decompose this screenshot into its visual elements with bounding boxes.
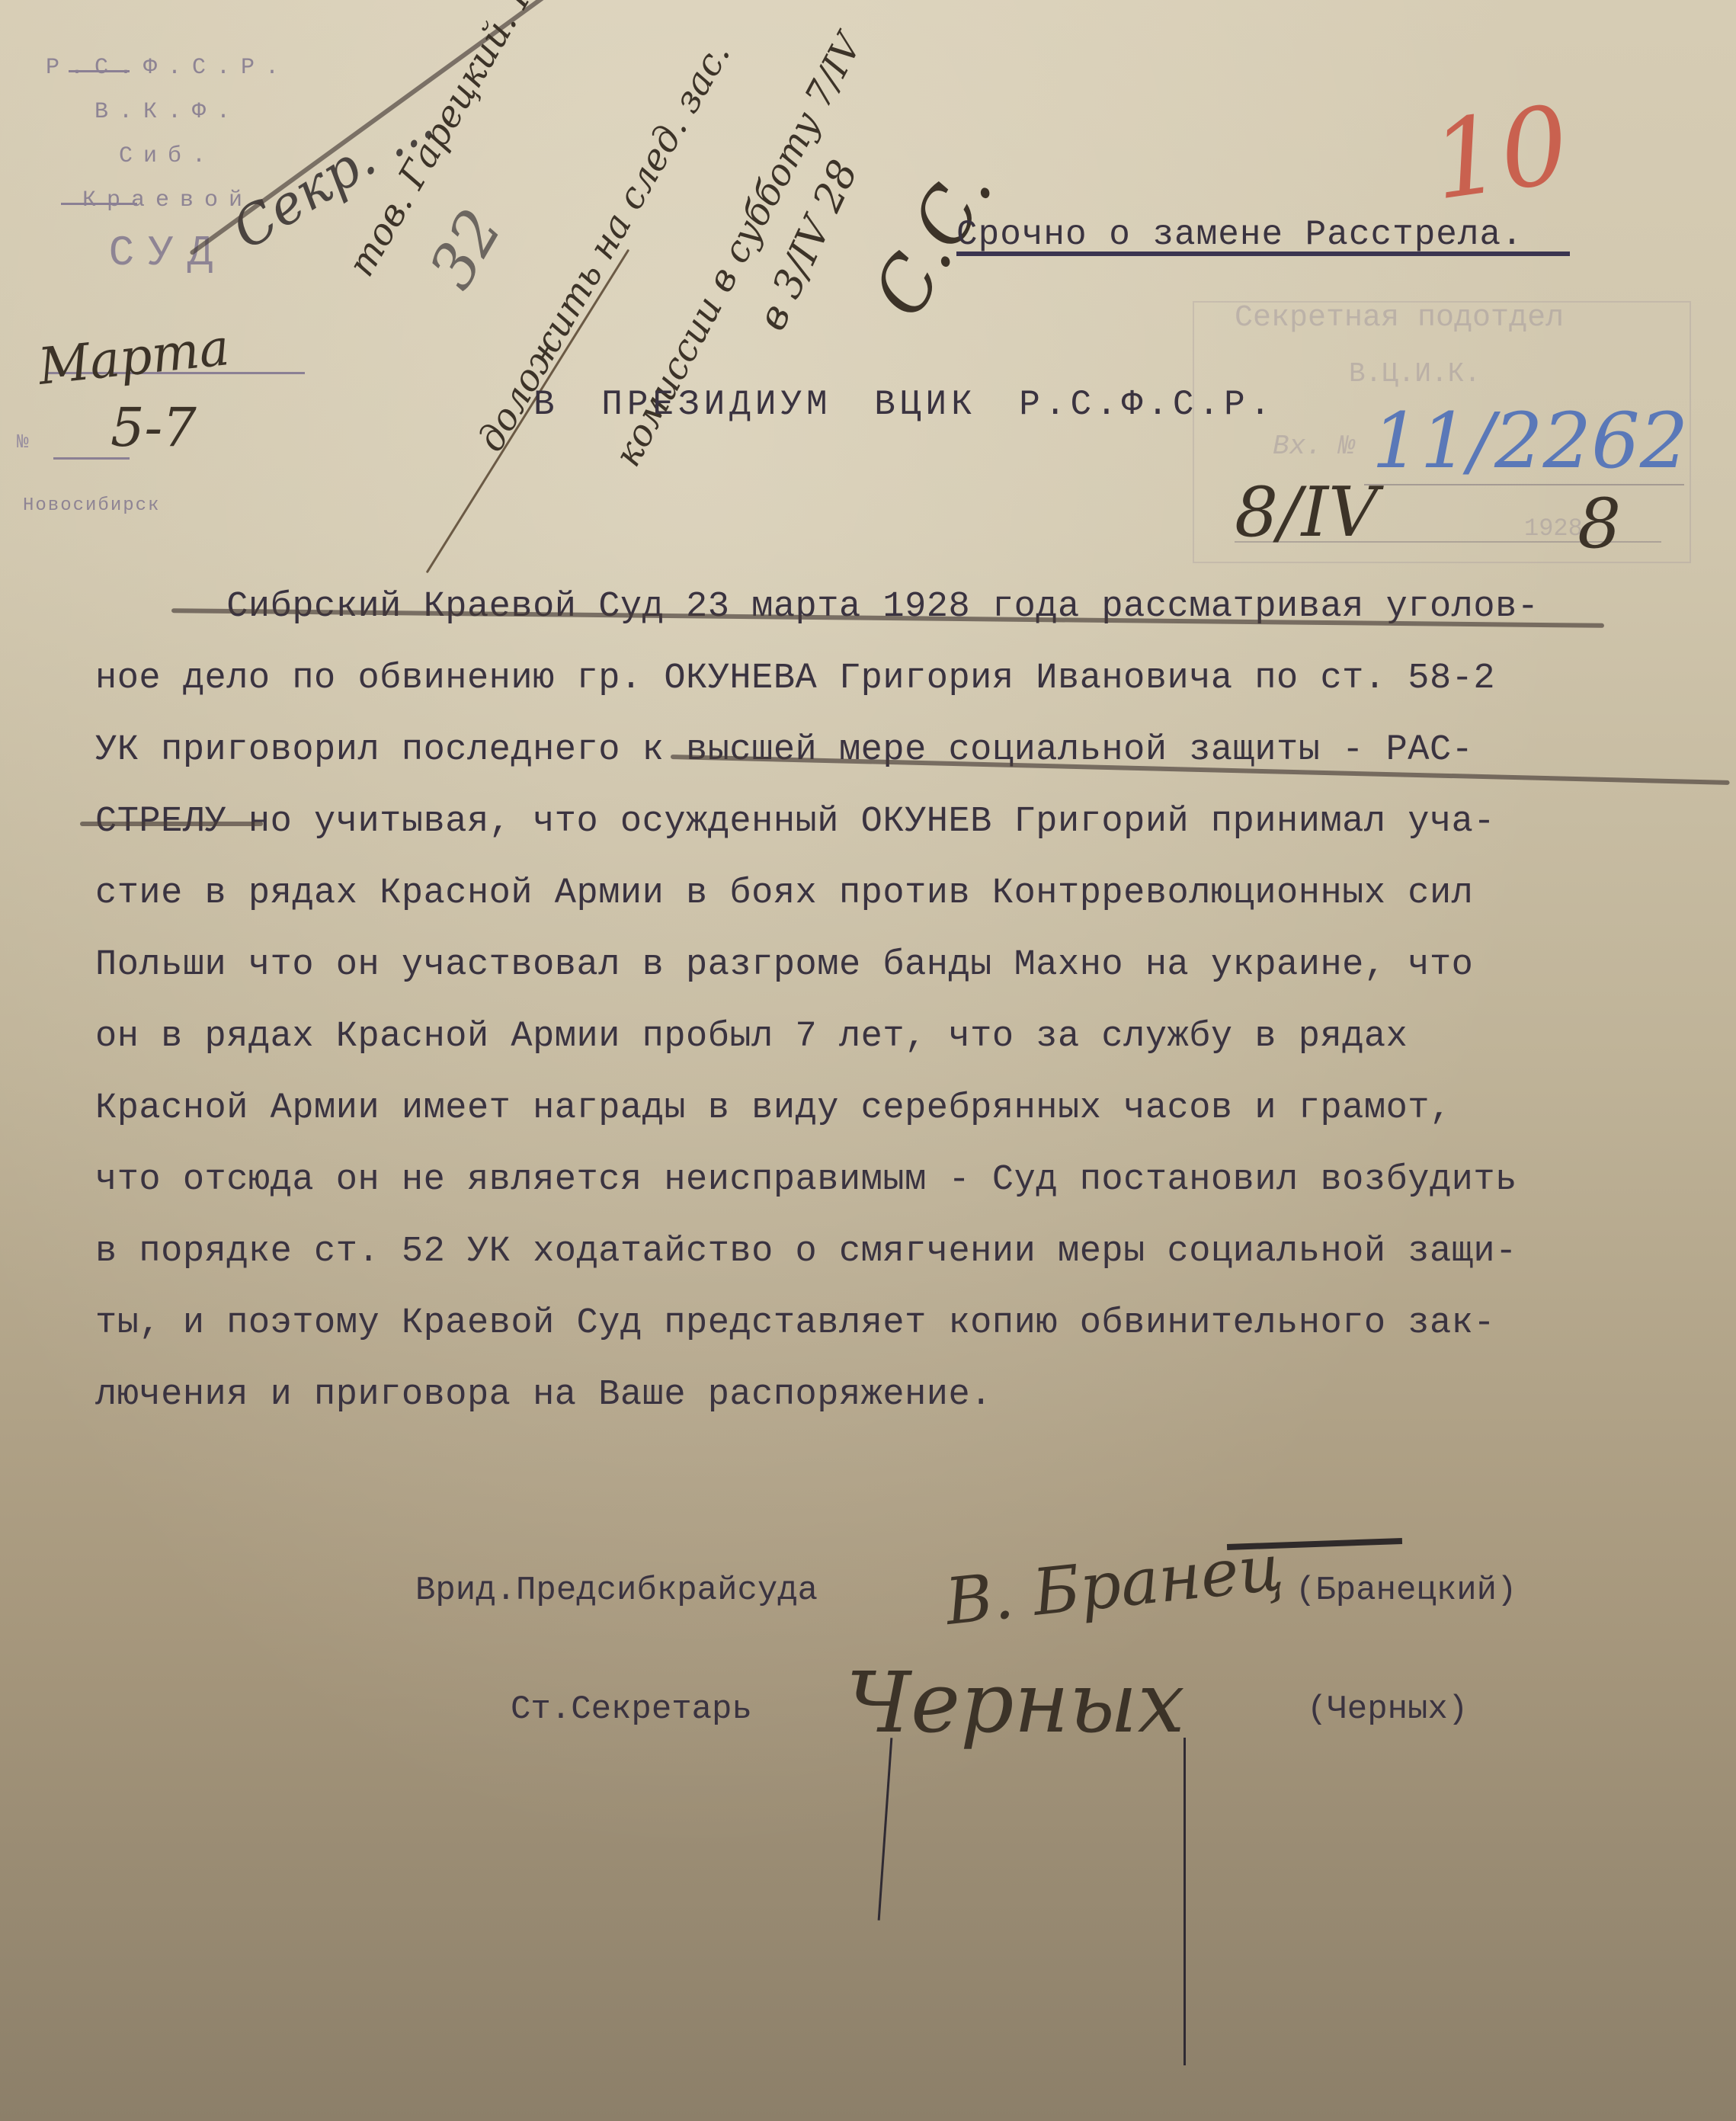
letterhead-rule: [69, 70, 130, 72]
handwritten-number: 5-7: [111, 396, 197, 459]
body-line: Сибрский Краевой Суд 23 марта 1928 года …: [95, 572, 1726, 643]
body-line: в порядке ст. 52 УК ходатайство о смягче…: [95, 1216, 1726, 1288]
registration-year: 1928: [1524, 514, 1583, 543]
signature-name-secretary: (Черных): [1307, 1690, 1468, 1729]
body-line: Польши что он участвовал в разгроме банд…: [95, 930, 1726, 1001]
letterhead-rule: [61, 203, 137, 205]
signature-stroke: [878, 1738, 893, 1921]
signature-secretary: Черных: [846, 1654, 1185, 1751]
body-line: ное дело по обвинению гр. ОКУНЕВА Григор…: [95, 643, 1726, 715]
registration-sub-number: 8: [1577, 484, 1621, 564]
body-line: СТРЕЛУ но учитывая, что осужденный ОКУНЕ…: [95, 787, 1726, 858]
handwritten-month: Марта: [36, 318, 232, 396]
signature-title-chairman: Врид.Предсибкрайсуда: [415, 1572, 818, 1610]
body-line: лючения и приговора на Ваше распоряжение…: [95, 1360, 1726, 1431]
registration-date: 8/IV: [1235, 473, 1378, 553]
letterhead-number-label: №: [17, 431, 29, 453]
registration-stamp-title: Секретная подотдел: [1235, 301, 1564, 335]
letterhead-republic: Р.С.Ф.С.Р.: [30, 46, 305, 90]
body-line: что отсюда он не является неисправимым -…: [95, 1145, 1726, 1216]
page-number: 10: [1425, 82, 1577, 224]
signature-title-secretary: Ст.Секретарь: [511, 1690, 752, 1729]
signature-stroke: [1183, 1738, 1186, 2065]
letter-body: Сибрский Краевой Суд 23 марта 1928 года …: [95, 572, 1726, 1431]
letterhead-city: Новосибирск: [23, 495, 160, 516]
urgent-heading-underline: [956, 252, 1570, 256]
body-line: он в рядах Красной Армии пробыл 7 лет, ч…: [95, 1001, 1726, 1073]
addressee: В ПРЕЗИДИУМ ВЦИК Р.С.Ф.С.Р.: [533, 385, 1275, 425]
registration-stamp-org: В.Ц.И.К.: [1349, 358, 1481, 389]
body-line: ты, и поэтому Краевой Суд представляет к…: [95, 1288, 1726, 1360]
letterhead-org: В.К.Ф.: [30, 90, 305, 134]
urgent-heading: Срочно о замене Расстрела.: [956, 215, 1523, 255]
signature-name-chairman: (Бранецкий): [1296, 1572, 1517, 1610]
body-line: стие в рядах Красной Армии в боях против…: [95, 858, 1726, 930]
registration-incoming-number: 11/2262: [1372, 396, 1688, 485]
registration-incoming-label: Вх. №: [1273, 431, 1355, 462]
pencil-underline: [80, 822, 263, 826]
handwritten-circled-number: 32: [415, 197, 515, 300]
body-line: Красной Армии имеет награды в виду сереб…: [95, 1073, 1726, 1145]
